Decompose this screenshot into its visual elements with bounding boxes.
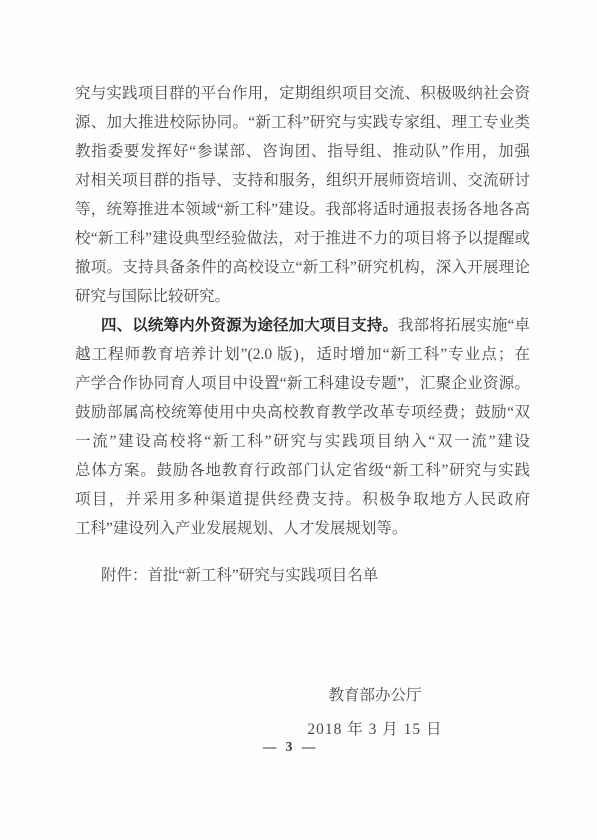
section4-line: 总体方案。鼓励各地教育行政部门认定省级“新工科”研究与实践: [75, 456, 530, 485]
paragraph1-line: 源、加大推进校际协同。“新工科”研究与实践专家组、理工专业类: [75, 108, 530, 137]
paragraph1-line: 对相关项目群的指导、支持和服务，组织开展师资培训、交流研讨: [75, 166, 530, 195]
page-number: — 3 —: [0, 739, 589, 755]
paragraph1-line: 校“新工科”建设典型经验做法，对于推进不力的项目将予以提醒或: [75, 224, 530, 253]
paragraph1-line: 撤项。支持具备条件的高校设立“新工科”研究机构，深入开展理论: [75, 253, 530, 282]
section4-first-line-rest: 我部将拓展实施“卓: [398, 317, 530, 334]
signature-org: 教育部办公厅: [265, 679, 485, 713]
section4-heading: 四、以统筹内外资源为途径加大项目支持。: [101, 317, 398, 334]
paragraph1-line: 教指委要发挥好“参谋部、咨询团、指导组、推动队”作用，加强: [75, 137, 530, 166]
paragraph1-line: 研究与国际比较研究。: [75, 282, 530, 311]
document-page: 究与实践项目群的平台作用，定期组织项目交流、积极吸纳社会资 源、加大推进校际协同…: [0, 0, 597, 840]
section4-line: 项目，并采用多种渠道提供经费支持。积极争取地方人民政府将“新: [75, 485, 530, 514]
section4-line: 一流”建设高校将“新工科”研究与实践项目纳入“双一流”建设: [75, 427, 530, 456]
signature-block: 教育部办公厅 2018 年 3 月 15 日: [265, 679, 485, 747]
paragraph1-line: 究与实践项目群的平台作用，定期组织项目交流、积极吸纳社会资: [75, 79, 530, 108]
section4-line: 鼓励部属高校统筹使用中央高校教育教学改革专项经费；鼓励“双: [75, 398, 530, 427]
section4-line: 产学合作协同育人项目中设置“新工科建设专题”，汇聚企业资源。: [75, 369, 530, 398]
section4-first-line: 四、以统筹内外资源为途径加大项目支持。我部将拓展实施“卓: [75, 311, 530, 340]
paragraph1-line: 等，统筹推进本领域“新工科”建设。我部将适时通报表扬各地各高: [75, 195, 530, 224]
section4-line: 工科”建设列入产业发展规划、人才发展规划等。: [75, 514, 530, 543]
attachment-line: 附件：首批“新工科”研究与实践项目名单: [75, 561, 530, 590]
body-text: 究与实践项目群的平台作用，定期组织项目交流、积极吸纳社会资 源、加大推进校际协同…: [75, 79, 530, 590]
section4-line: 越工程师教育培养计划”(2.0 版)，适时增加“新工科”专业点；在: [75, 340, 530, 369]
